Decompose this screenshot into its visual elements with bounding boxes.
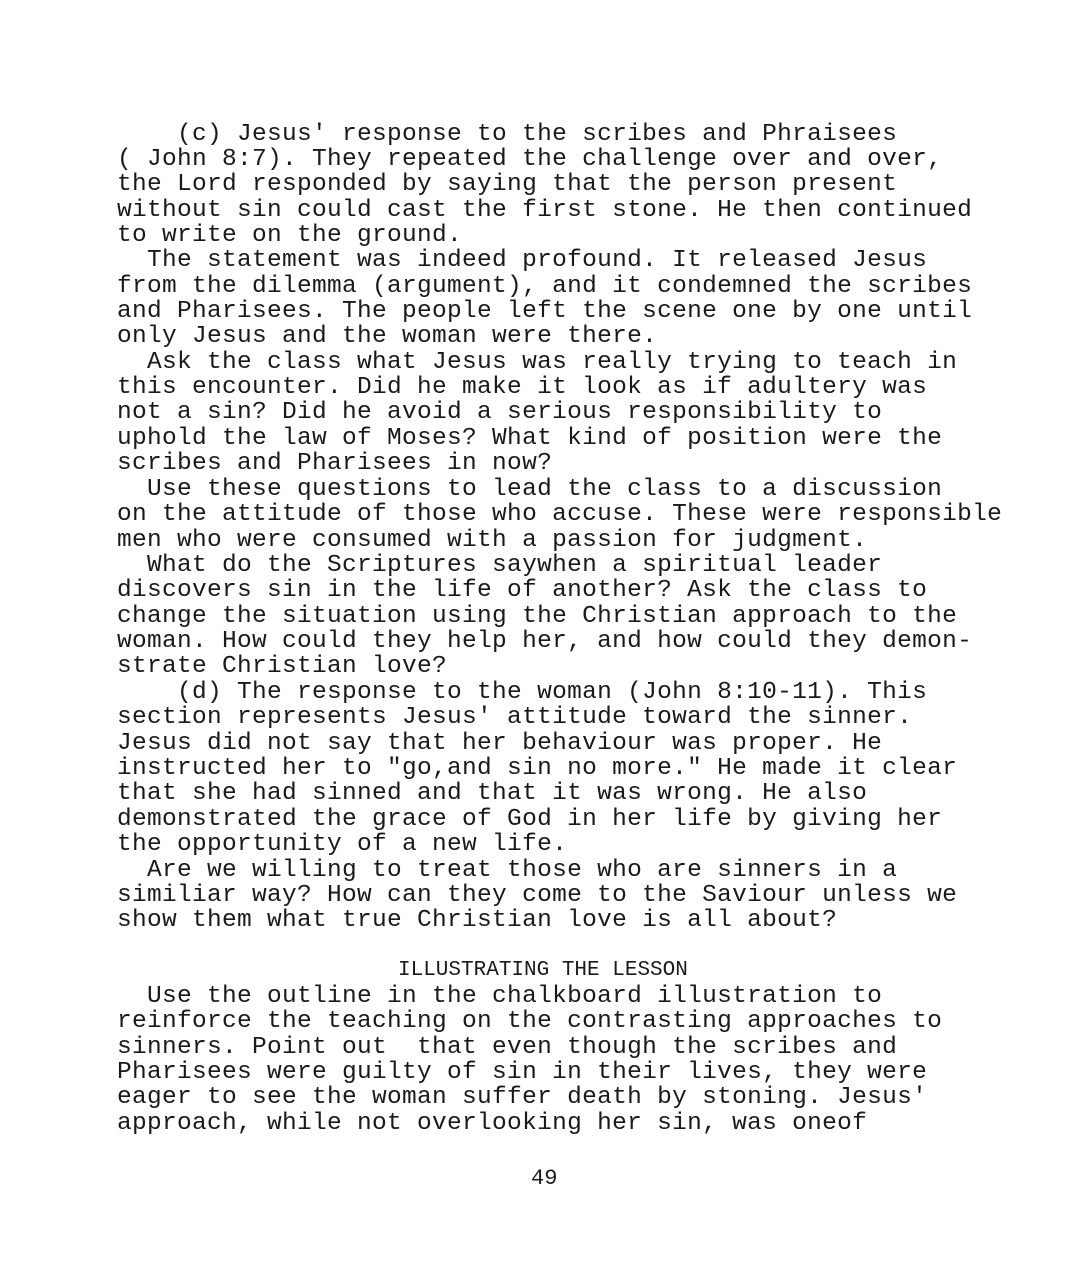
text-line: to write on the ground. [117, 223, 462, 248]
text-line: that she had sinned and that it was wron… [117, 781, 867, 806]
text-line: Are we willing to treat those who are si… [117, 858, 897, 883]
text-line: woman. How could they help her, and how … [117, 629, 972, 654]
text-line: uphold the law of Moses? What kind of po… [117, 426, 942, 451]
text-line: scribes and Pharisees in now? [117, 451, 552, 476]
document-page: (c) Jesus' response to the scribes and P… [0, 0, 1087, 1274]
text-line: this encounter. Did he make it look as i… [117, 375, 927, 400]
text-line: demonstrated the grace of God in her lif… [117, 807, 942, 832]
text-line: The statement was indeed profound. It re… [117, 248, 927, 273]
text-line: Ask the class what Jesus was really tryi… [117, 350, 957, 375]
text-line: and Pharisees. The people left the scene… [117, 299, 972, 324]
text-line: discovers sin in the life of another? As… [117, 578, 927, 603]
text-line: Use these questions to lead the class to… [117, 477, 942, 502]
text-line: men who were consumed with a passion for… [117, 528, 867, 553]
text-line: ( John 8:7). They repeated the challenge… [117, 147, 942, 172]
page-number: 49 [531, 1166, 557, 1191]
text-line: from the dilemma (argument), and it cond… [117, 274, 972, 299]
text-line: (c) Jesus' response to the scribes and P… [117, 122, 897, 147]
text-line: instructed her to "go,and sin no more." … [117, 756, 957, 781]
text-line: show them what true Christian love is al… [117, 908, 837, 933]
text-line: Pharisees were guilty of sin in their li… [117, 1060, 927, 1085]
text-line: strate Christian love? [117, 654, 447, 679]
text-line: without sin could cast the first stone. … [117, 198, 972, 223]
text-line: section represents Jesus' attitude towar… [117, 705, 912, 730]
text-line: not a sin? Did he avoid a serious respon… [117, 400, 882, 425]
text-line: reinforce the teaching on the contrastin… [117, 1009, 942, 1034]
text-line: approach, while not overlooking her sin,… [117, 1111, 867, 1136]
text-line: change the situation using the Christian… [117, 604, 957, 629]
text-line: only Jesus and the woman were there. [117, 324, 657, 349]
text-line: What do the Scriptures saywhen a spiritu… [117, 553, 882, 578]
text-line: on the attitude of those who accuse. The… [117, 502, 1002, 527]
text-line: the Lord responded by saying that the pe… [117, 172, 897, 197]
text-line: sinners. Point out that even though the … [117, 1035, 897, 1060]
text-line: (d) The response to the woman (John 8:10… [117, 680, 927, 705]
section-heading: ILLUSTRATING THE LESSON [398, 958, 688, 983]
text-line: Use the outline in the chalkboard illust… [117, 984, 882, 1009]
text-line: the opportunity of a new life. [117, 832, 567, 857]
text-line: similiar way? How can they come to the S… [117, 883, 957, 908]
text-line: Jesus did not say that her behaviour was… [117, 731, 882, 756]
text-line: eager to see the woman suffer death by s… [117, 1085, 927, 1110]
